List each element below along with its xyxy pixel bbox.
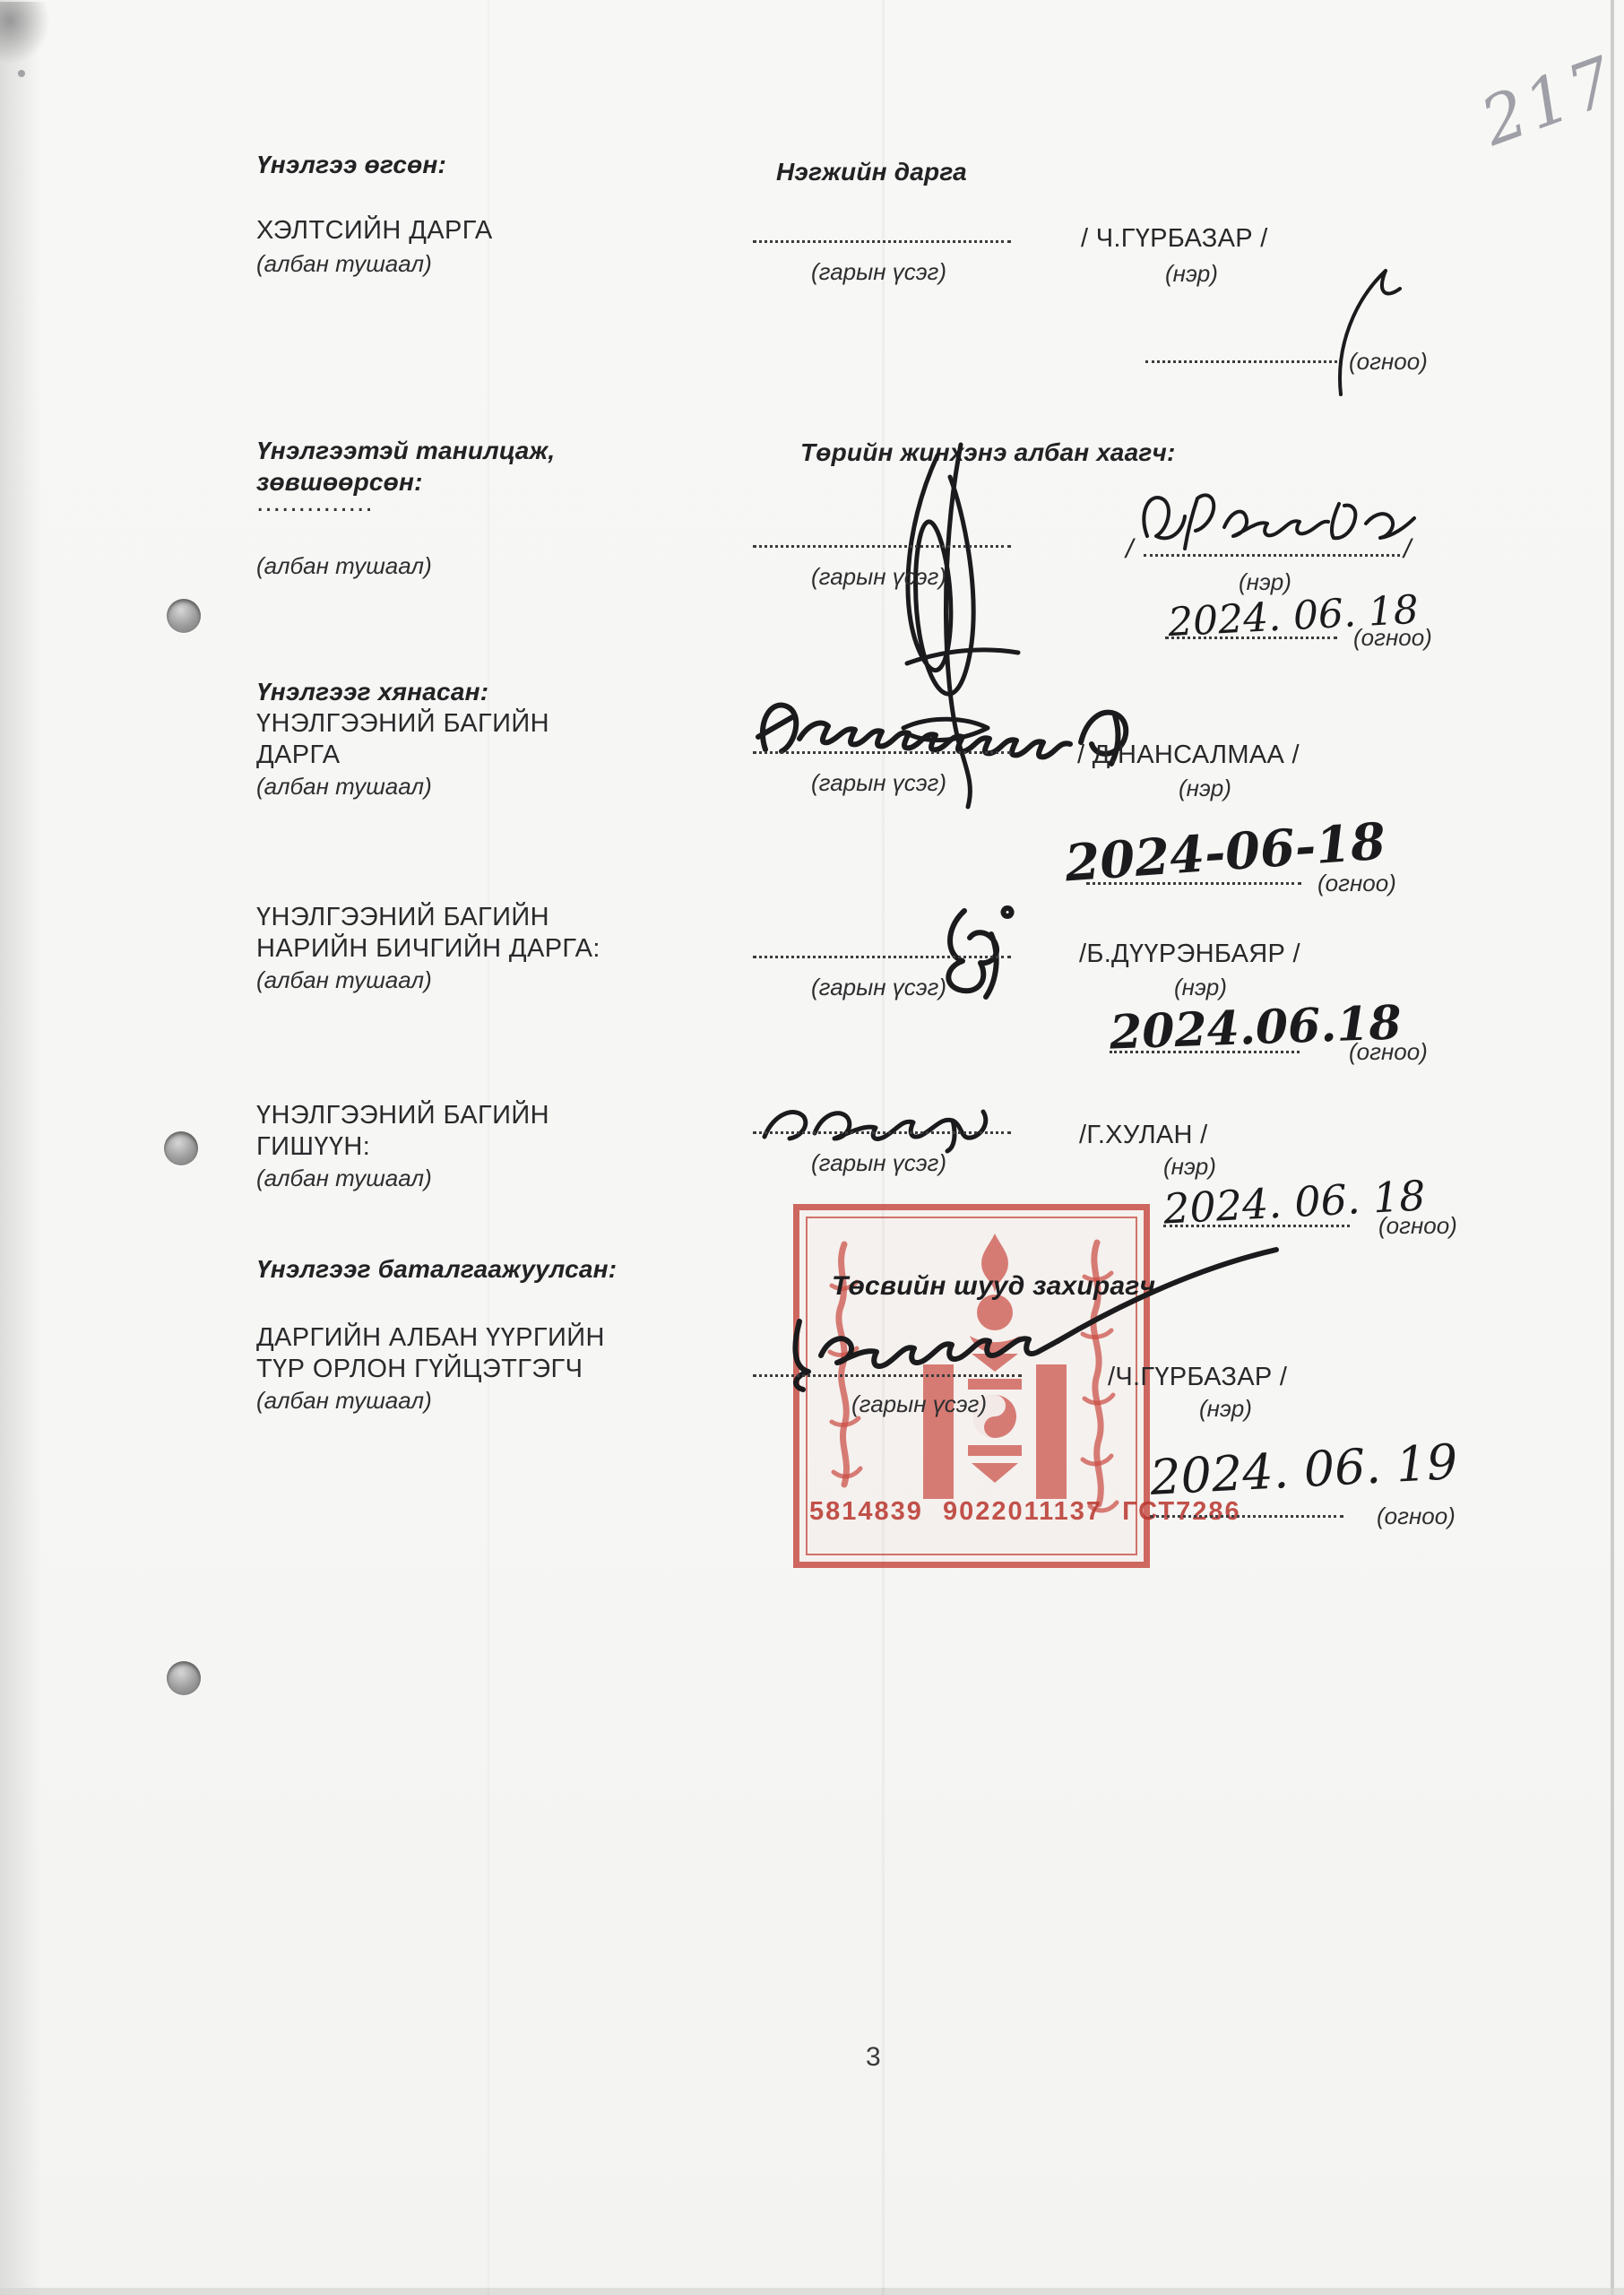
signature-caption: (гарын үсэг) [811,1149,946,1177]
name-caption: (нэр) [1199,1395,1252,1423]
section-reviewed-name: / Д.НАНСАЛМАА / [1077,740,1300,770]
date-line [1110,1051,1300,1053]
scan-left-edge-shading [0,0,41,2295]
position-caption: (албан тушаал) [256,773,432,801]
section-reviewed-position-2: ДАРГА [256,740,340,770]
section-secretary-position-1: ҮНЭЛГЭЭНИЙ БАГИЙН [256,903,549,932]
scan-corner-dot [18,70,25,77]
punch-hole-icon [167,1661,201,1695]
scan-corner-smudge [0,2,50,65]
section-member-name: /Г.ХУЛАН / [1079,1121,1208,1150]
signature-line [753,1131,1011,1134]
section-secretary-position-2: НАРИЙН БИЧГИЙН ДАРГА: [256,934,600,964]
position-caption: (албан тушаал) [256,966,432,994]
section-certified-position-1: ДАРГИЙН АЛБАН ҮҮРГИЙН [256,1323,605,1353]
punch-hole-icon [164,1131,198,1165]
name-caption: (нэр) [1163,1153,1216,1181]
signature-caption: (гарын үсэг) [811,974,946,1001]
section-certified-name: /Ч.ГҮРБАЗАР / [1108,1363,1287,1392]
section-given-name: / Ч.ГҮРБАЗАР / [1081,224,1268,254]
punch-hole-icon [167,599,201,633]
name-caption: (нэр) [1174,974,1227,1001]
signature-caption: (гарын үсэг) [811,769,946,797]
date-line [1145,360,1337,363]
position-caption: (албан тушаал) [256,1165,432,1192]
section-certified-position-2: ТҮР ОРЛОН ГҮЙЦЭТГЭГЧ [256,1355,583,1384]
section-reviewed-position-1: ҮНЭЛГЭЭНИЙ БАГИЙН [256,709,549,739]
signature-caption: (гарын үсэг) [811,563,946,591]
scanned-document-page: 217 Үнэлгээ өгсөн: Нэгжийн дарга ХЭЛТСИЙ… [0,0,1624,2295]
section-certified-lead: Үнэлгээг баталгаажуулсан: [256,1255,617,1284]
handwritten-date: 2024. 06. 19 [1149,1433,1459,1506]
date-caption: (огноо) [1378,1212,1457,1240]
date-line [1165,637,1337,639]
name-caption: (нэр) [1165,260,1218,288]
date-line [1150,1515,1343,1518]
signature-scribble [932,904,1040,1002]
pencil-page-note: 217 [1472,41,1624,160]
section-secretary-name: /Б.ДҮҮРЭНБАЯР / [1079,940,1300,969]
section-ack-lead-1: Үнэлгээтэй танилцаж, [256,437,555,465]
page-number: 3 [866,2042,881,2073]
short-dotted-line: .............. [256,488,374,518]
stamp-registration-numbers: 5814839 9022011137 ГСТ7286 [809,1497,1125,1527]
date-caption: (огноо) [1377,1503,1456,1530]
date-line [1163,1225,1350,1227]
section-given-lead: Үнэлгээ өгсөн: [256,151,446,179]
paper-fold-line [488,0,489,2295]
section-given-heading: Нэгжийн дарга [776,158,967,186]
section-reviewed-lead: Үнэлгээг хянасан: [256,678,488,706]
signature-line [753,751,1011,754]
signature-line [753,1374,1022,1377]
handwritten-name-signature [1131,473,1427,563]
signature-line [753,240,1011,243]
scan-bottom-edge-line [0,2288,1624,2295]
signature-caption: (гарын үсэг) [851,1390,987,1418]
signature-flourish-stroke [1310,260,1418,403]
date-line [1086,882,1301,885]
section-member-position-1: ҮНЭЛГЭЭНИЙ БАГИЙН [256,1101,549,1130]
name-caption: (нэр) [1239,568,1291,596]
date-caption: (огноо) [1353,624,1432,652]
signature-line [753,956,1011,958]
position-caption: (албан тушаал) [256,250,432,278]
section-member-position-2: ГИШҮҮН: [256,1132,370,1162]
name-caption: (нэр) [1179,775,1231,802]
section-given-position: ХЭЛТСИЙН ДАРГА [256,216,493,246]
date-caption: (огноо) [1317,870,1396,897]
date-caption: (огноо) [1349,1038,1428,1066]
position-caption: (албан тушаал) [256,552,432,580]
signature-caption: (гарын үсэг) [811,258,946,286]
position-caption: (албан тушаал) [256,1387,432,1415]
signature-line [753,545,1011,548]
scan-right-edge-line [1611,0,1614,2295]
